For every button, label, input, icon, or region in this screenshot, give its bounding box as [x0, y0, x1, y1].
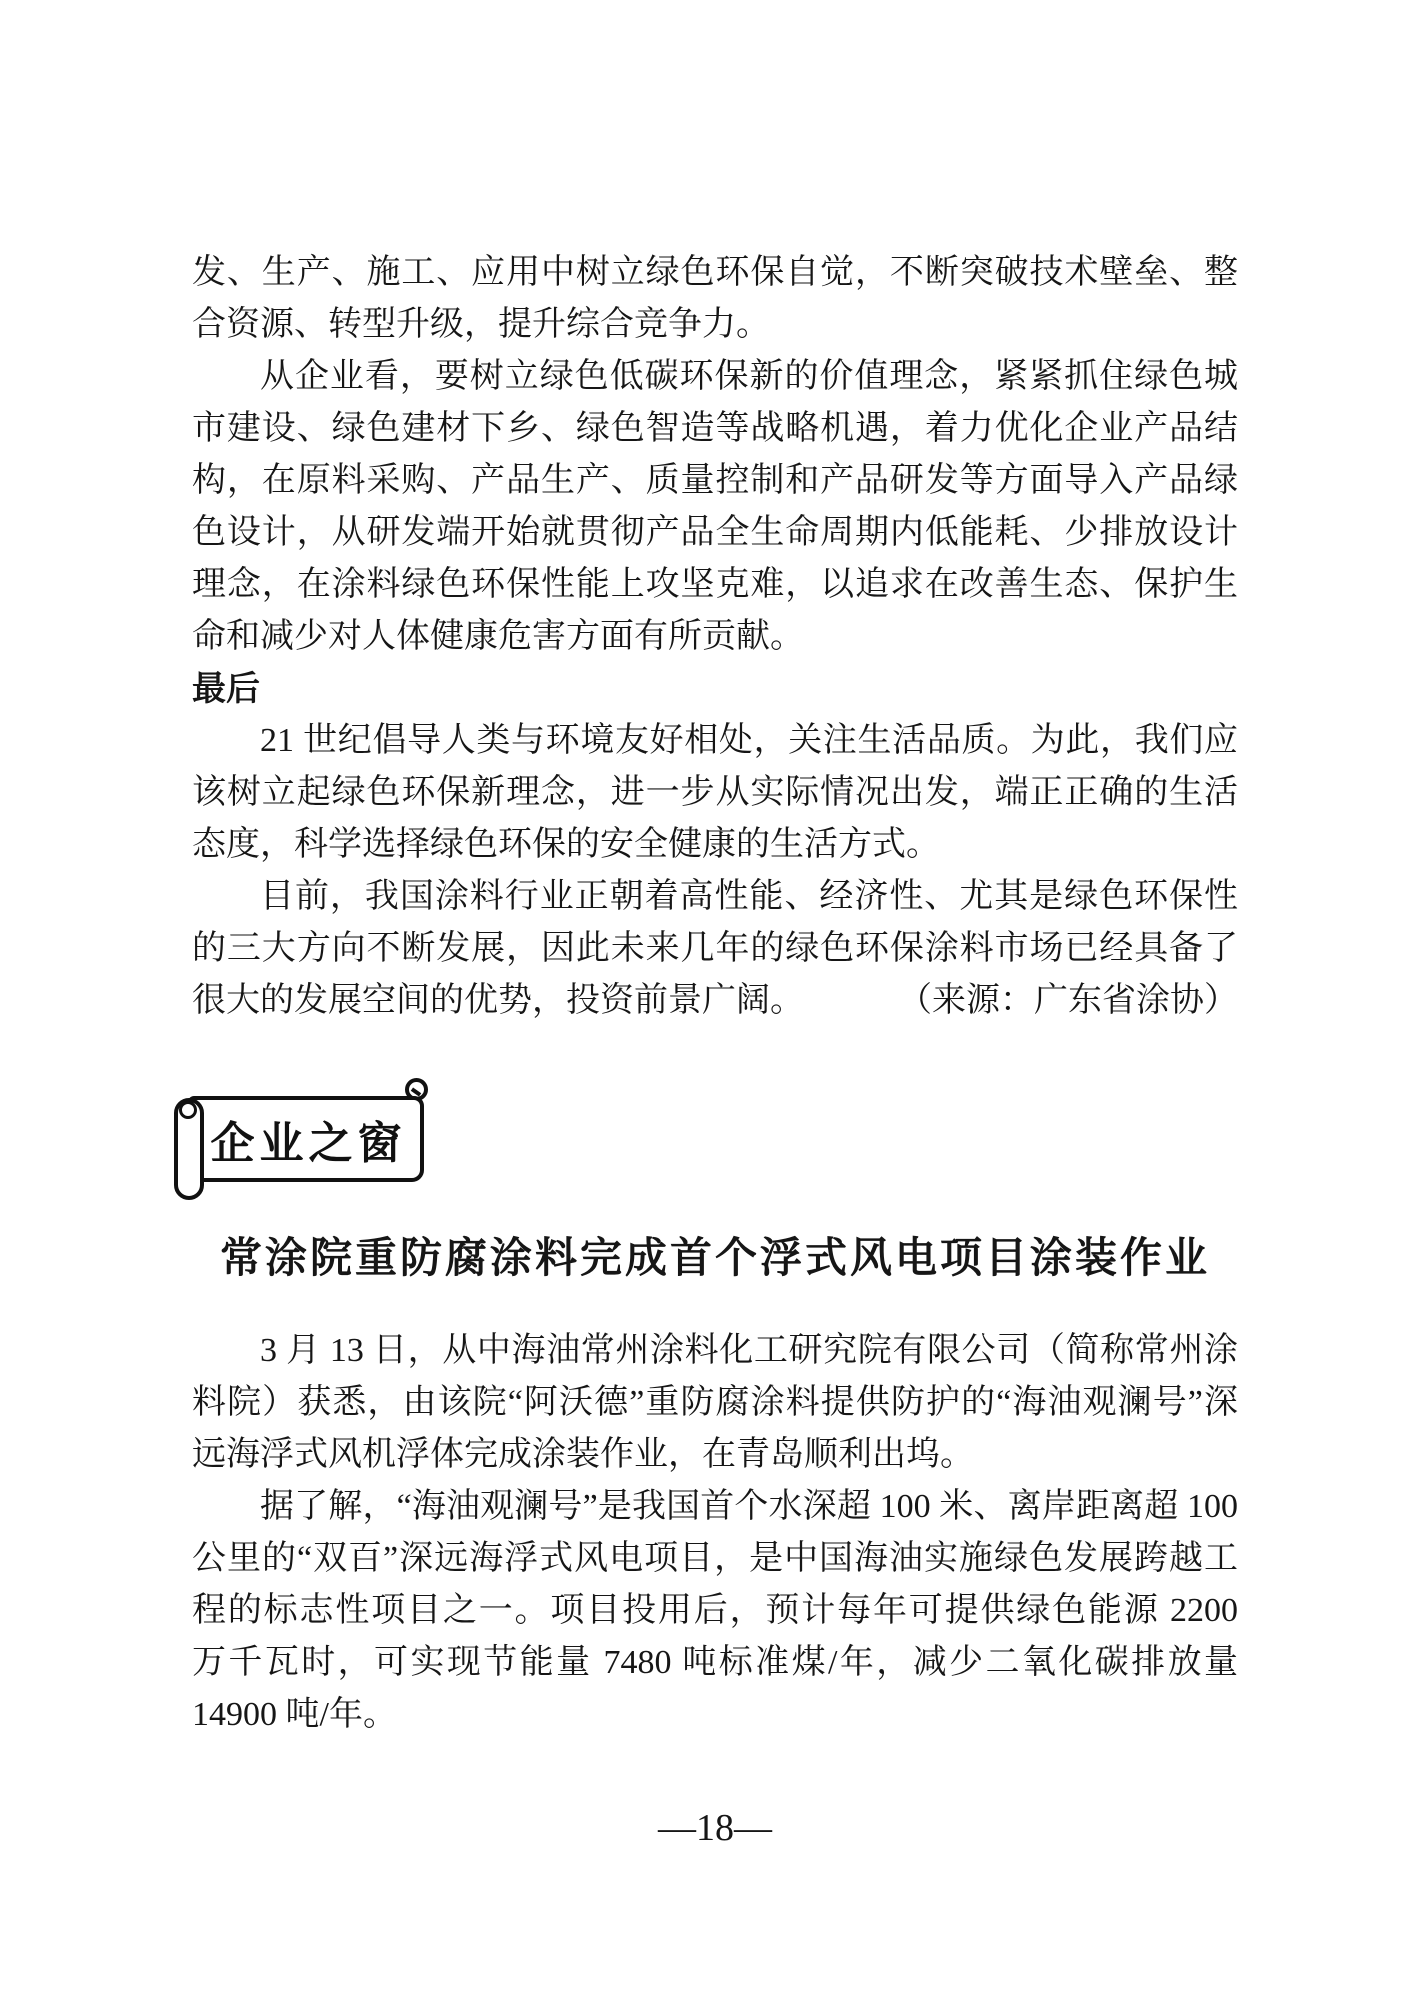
body-line: 从企业看，要树立绿色低碳环保新的价值理念，紧紧抓住绿色城: [192, 351, 1238, 403]
scroll-roll-end-icon: [179, 1101, 197, 1119]
body-line: 14900 吨/年。: [192, 1689, 1238, 1741]
body-line: 远海浮式风机浮体完成涂装作业，在青岛顺利出坞。: [192, 1429, 1238, 1481]
body-line: 理念，在涂料绿色环保性能上攻坚克难，以追求在改善生态、保护生: [192, 559, 1238, 611]
body-line: 料院）获悉，由该院“阿沃德”重防腐涂料提供防护的“海油观澜号”深: [192, 1377, 1238, 1429]
body-line: 万千瓦时，可实现节能量 7480 吨标准煤/年，减少二氧化碳排放量: [192, 1637, 1238, 1689]
column-banner: 企业之窗: [174, 1078, 434, 1202]
body-line: 态度，科学选择绿色环保的安全健康的生活方式。: [192, 819, 1238, 871]
banner-label: 企业之窗: [206, 1107, 407, 1171]
document-page: 发、生产、施工、应用中树立绿色环保自觉，不断突破技术壁垒、整 合资源、转型升级，…: [0, 0, 1415, 2000]
section-green-coatings: 发、生产、施工、应用中树立绿色环保自觉，不断突破技术壁垒、整 合资源、转型升级，…: [192, 247, 1238, 1027]
article-title: 常涂院重防腐涂料完成首个浮式风电项目涂装作业: [192, 1230, 1238, 1286]
body-line: 色设计，从研发端开始就贯彻产品全生命周期内低能耗、少排放设计: [192, 507, 1238, 559]
body-line: 该树立起绿色环保新理念，进一步从实际情况出发，端正正确的生活: [192, 767, 1238, 819]
body-line: 3 月 13 日，从中海油常州涂料化工研究院有限公司（简称常州涂: [192, 1325, 1238, 1377]
body-line: 市建设、绿色建材下乡、绿色智造等战略机遇，着力优化企业产品结: [192, 403, 1238, 455]
body-line: 发、生产、施工、应用中树立绿色环保自觉，不断突破技术壁垒、整: [192, 247, 1238, 299]
closing-text: 很大的发展空间的优势，投资前景广阔。: [192, 975, 804, 1027]
body-line: 的三大方向不断发展，因此未来几年的绿色环保涂料市场已经具备了: [192, 923, 1238, 975]
body-line-with-source: 很大的发展空间的优势，投资前景广阔。 （来源：广东省涂协）: [192, 975, 1238, 1027]
body-line: 据了解，“海油观澜号”是我国首个水深超 100 米、离岸距离超 100: [192, 1481, 1238, 1533]
banner-frame: 企业之窗: [188, 1096, 424, 1182]
body-line: 公里的“双百”深远海浮式风电项目，是中国海油实施绿色发展跨越工: [192, 1533, 1238, 1585]
source-note: （来源：广东省涂协）: [898, 975, 1238, 1027]
article-body: 3 月 13 日，从中海油常州涂料化工研究院有限公司（简称常州涂 料院）获悉，由…: [192, 1325, 1238, 1741]
page-number: —18—: [192, 1806, 1238, 1850]
section-heading-zuihou: 最后: [192, 663, 1238, 715]
body-line: 目前，我国涂料行业正朝着高性能、经济性、尤其是绿色环保性: [192, 871, 1238, 923]
body-line: 构，在原料采购、产品生产、质量控制和产品研发等方面导入产品绿: [192, 455, 1238, 507]
body-line: 合资源、转型升级，提升综合竞争力。: [192, 299, 1238, 351]
body-line: 命和减少对人体健康危害方面有所贡献。: [192, 611, 1238, 663]
body-line: 21 世纪倡导人类与环境友好相处，关注生活品质。为此，我们应: [192, 715, 1238, 767]
body-line: 程的标志性项目之一。项目投用后，预计每年可提供绿色能源 2200: [192, 1585, 1238, 1637]
